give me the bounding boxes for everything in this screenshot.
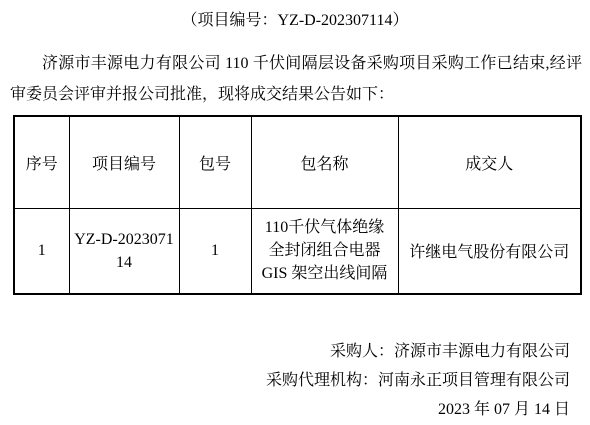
announcement-page: （项目编号：YZ-D-202307114） 济源市丰源电力有限公司 110 千伏… [0, 0, 590, 425]
project-number-line: （项目编号：YZ-D-202307114） [0, 10, 590, 31]
col-header-package-name: 包名称 [251, 116, 398, 208]
table-row: 1 YZ-D-202307114 1 110千伏气体绝缘 全封闭组合电器 GIS… [14, 208, 581, 294]
col-header-winner: 成交人 [398, 116, 581, 208]
footer-block: 采购人：济源市丰源电力有限公司 采购代理机构：河南永正项目管理有限公司 2023… [0, 337, 590, 424]
cell-winner: 许继电气股份有限公司 [398, 208, 581, 294]
cell-package-number: 1 [179, 208, 251, 294]
col-header-seq: 序号 [14, 116, 69, 208]
col-header-package-number: 包号 [179, 116, 251, 208]
col-header-project-number: 项目编号 [69, 116, 179, 208]
cell-seq: 1 [14, 208, 69, 294]
date-line: 2023 年 07 月 14 日 [0, 395, 570, 424]
cell-project-number: YZ-D-202307114 [69, 208, 179, 294]
announcement-paragraph: 济源市丰源电力有限公司 110 千伏间隔层设备采购项目采购工作已结束,经评审委员… [10, 48, 582, 110]
agency-line: 采购代理机构：河南永正项目管理有限公司 [0, 366, 570, 395]
award-result-table: 序号 项目编号 包号 包名称 成交人 1 YZ-D-202307114 1 11… [13, 115, 582, 295]
table-header-row: 序号 项目编号 包号 包名称 成交人 [14, 116, 581, 208]
cell-package-name: 110千伏气体绝缘 全封闭组合电器 GIS 架空出线间隔 [251, 208, 398, 294]
buyer-line: 采购人：济源市丰源电力有限公司 [0, 337, 570, 366]
